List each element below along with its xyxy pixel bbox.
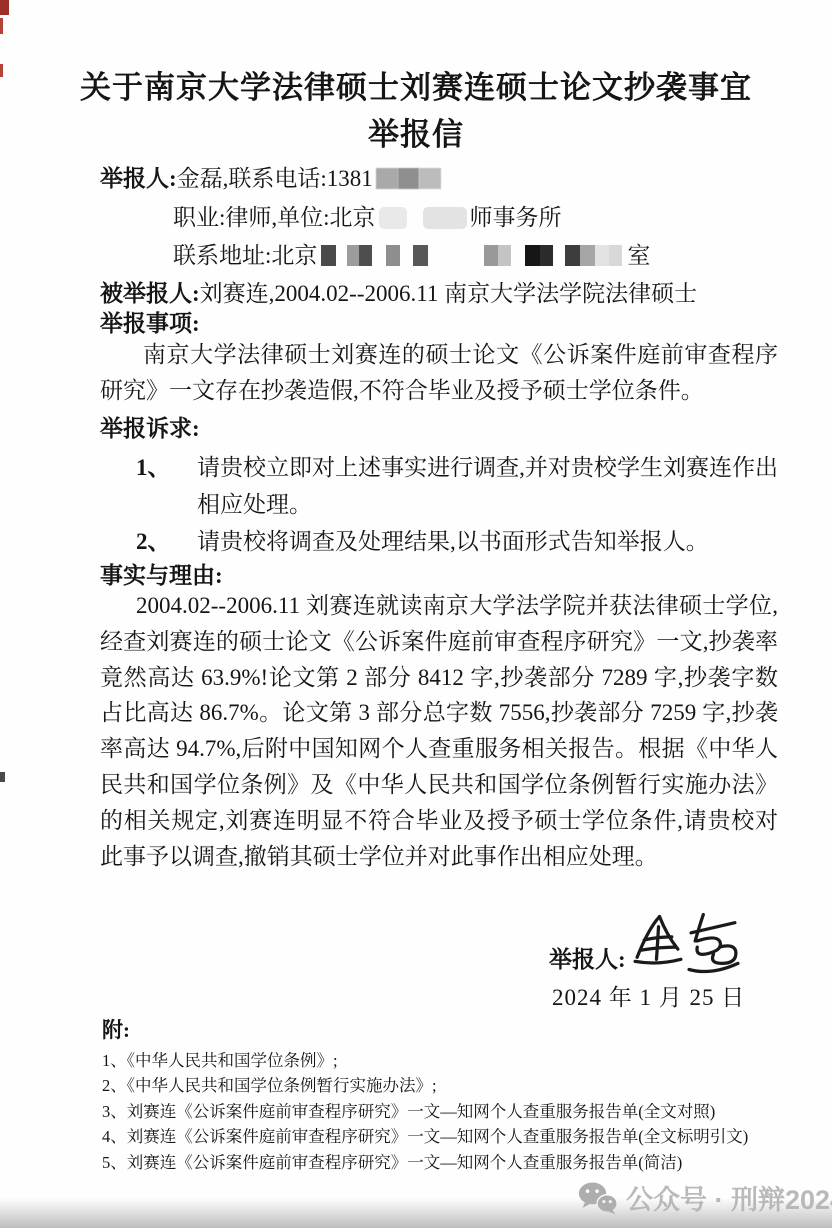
respondent-value: 刘赛连,2004.02--2006.11 南京大学法学院法律硕士 (200, 281, 697, 306)
address-redaction-block (484, 245, 498, 266)
document-title-line1: 关于南京大学法律硕士刘赛连硕士论文抄袭事宜 (0, 64, 832, 111)
address-redaction-block (321, 245, 336, 266)
document-title: 关于南京大学法律硕士刘赛连硕士论文抄袭事宜 举报信 (0, 64, 832, 158)
reporter-line: 举报人:金磊,联系电话:1381 (100, 160, 800, 193)
matter-paragraph: 南京大学法律硕士刘赛连的硕士论文《公诉案件庭前审查程序研究》一文存在抄袭造假,不… (100, 337, 778, 409)
address-suffix: 室 (627, 243, 650, 268)
reporter-label: 举报人: (100, 166, 177, 191)
handwritten-signature: 金磊 (630, 905, 742, 979)
scan-artifact-red-corner (0, 0, 9, 15)
demand-heading: 举报诉求: (100, 410, 200, 443)
address-line: 联系地址:北京室 (100, 237, 832, 270)
demand-number: 2、 (136, 523, 197, 560)
scan-artifact-red-dash (0, 18, 3, 34)
demand-number: 1、 (136, 449, 197, 523)
attachment-item: 3、刘赛连《公诉案件庭前审查程序研究》一文—知网个人查重服务报告单(全文对照) (102, 1099, 802, 1124)
facts-paragraph: 2004.02--2006.11 刘赛连就读南京大学法学院并获法律硕士学位,经查… (100, 588, 778, 874)
attachment-item: 1、《中华人民共和国学位条例》; (102, 1048, 802, 1073)
signature-date: 2024 年 1 月 25 日 (552, 979, 745, 1012)
employer-suffix: 师事务所 (470, 205, 562, 230)
respondent-line: 被举报人:刘赛连,2004.02--2006.11 南京大学法学院法律硕士 (100, 275, 800, 308)
employer-redaction-block (423, 207, 467, 229)
document-title-line2: 举报信 (0, 111, 832, 158)
address-redaction-block (498, 245, 511, 266)
address-redaction-block (413, 245, 428, 266)
address-redaction-block (347, 245, 359, 266)
address-redaction-block (580, 245, 595, 266)
reporter-contact: 金磊,联系电话:1381 (177, 166, 373, 191)
bottom-scan-gradient (0, 1198, 832, 1228)
demand-text: 请贵校将调查及处理结果,以书面形式告知举报人。 (197, 523, 778, 560)
respondent-label: 被举报人: (100, 281, 200, 306)
address-redaction-block (386, 245, 400, 266)
demand-text: 请贵校立即对上述事实进行调查,并对贵校学生刘赛连作出相应处理。 (197, 449, 778, 523)
address-label: 联系地址:北京 (173, 243, 317, 268)
phone-redaction-block (419, 168, 441, 189)
attachment-item: 5、刘赛连《公诉案件庭前审查程序研究》一文—知网个人查重服务报告单(简洁) (102, 1150, 802, 1175)
address-redaction-block (609, 245, 622, 266)
attachment-item: 4、刘赛连《公诉案件庭前审查程序研究》一文—知网个人查重服务报告单(全文标明引文… (102, 1124, 802, 1149)
phone-redaction-block (398, 168, 419, 189)
address-redaction-block (595, 245, 609, 266)
attachments-heading: 附: (102, 1014, 130, 1044)
address-redaction-block (525, 245, 540, 266)
scanned-report-letter: 关于南京大学法律硕士刘赛连硕士论文抄袭事宜 举报信 举报人:金磊,联系电话:13… (0, 0, 832, 1228)
matter-heading: 举报事项: (100, 305, 200, 338)
employer-redaction-block (379, 207, 407, 229)
signature-label: 举报人: (549, 941, 626, 974)
demand-item: 1、 请贵校立即对上述事实进行调查,并对贵校学生刘赛连作出相应处理。 (136, 449, 778, 523)
address-redaction-block (540, 245, 553, 266)
attachment-item: 2、《中华人民共和国学位条例暂行实施办法》; (102, 1073, 802, 1098)
address-redaction-block (565, 245, 580, 266)
attachments-list: 1、《中华人民共和国学位条例》; 2、《中华人民共和国学位条例暂行实施办法》; … (102, 1048, 802, 1175)
address-redaction-block (359, 245, 372, 266)
phone-redaction-block (376, 168, 398, 189)
occupation-text: 职业:律师,单位:北京 (173, 205, 376, 230)
occupation-line: 职业:律师,单位:北京师事务所 (100, 199, 832, 232)
demand-item: 2、 请贵校将调查及处理结果,以书面形式告知举报人。 (136, 523, 778, 560)
scan-artifact-dark-dash (0, 772, 5, 782)
facts-heading: 事实与理由: (100, 557, 223, 590)
